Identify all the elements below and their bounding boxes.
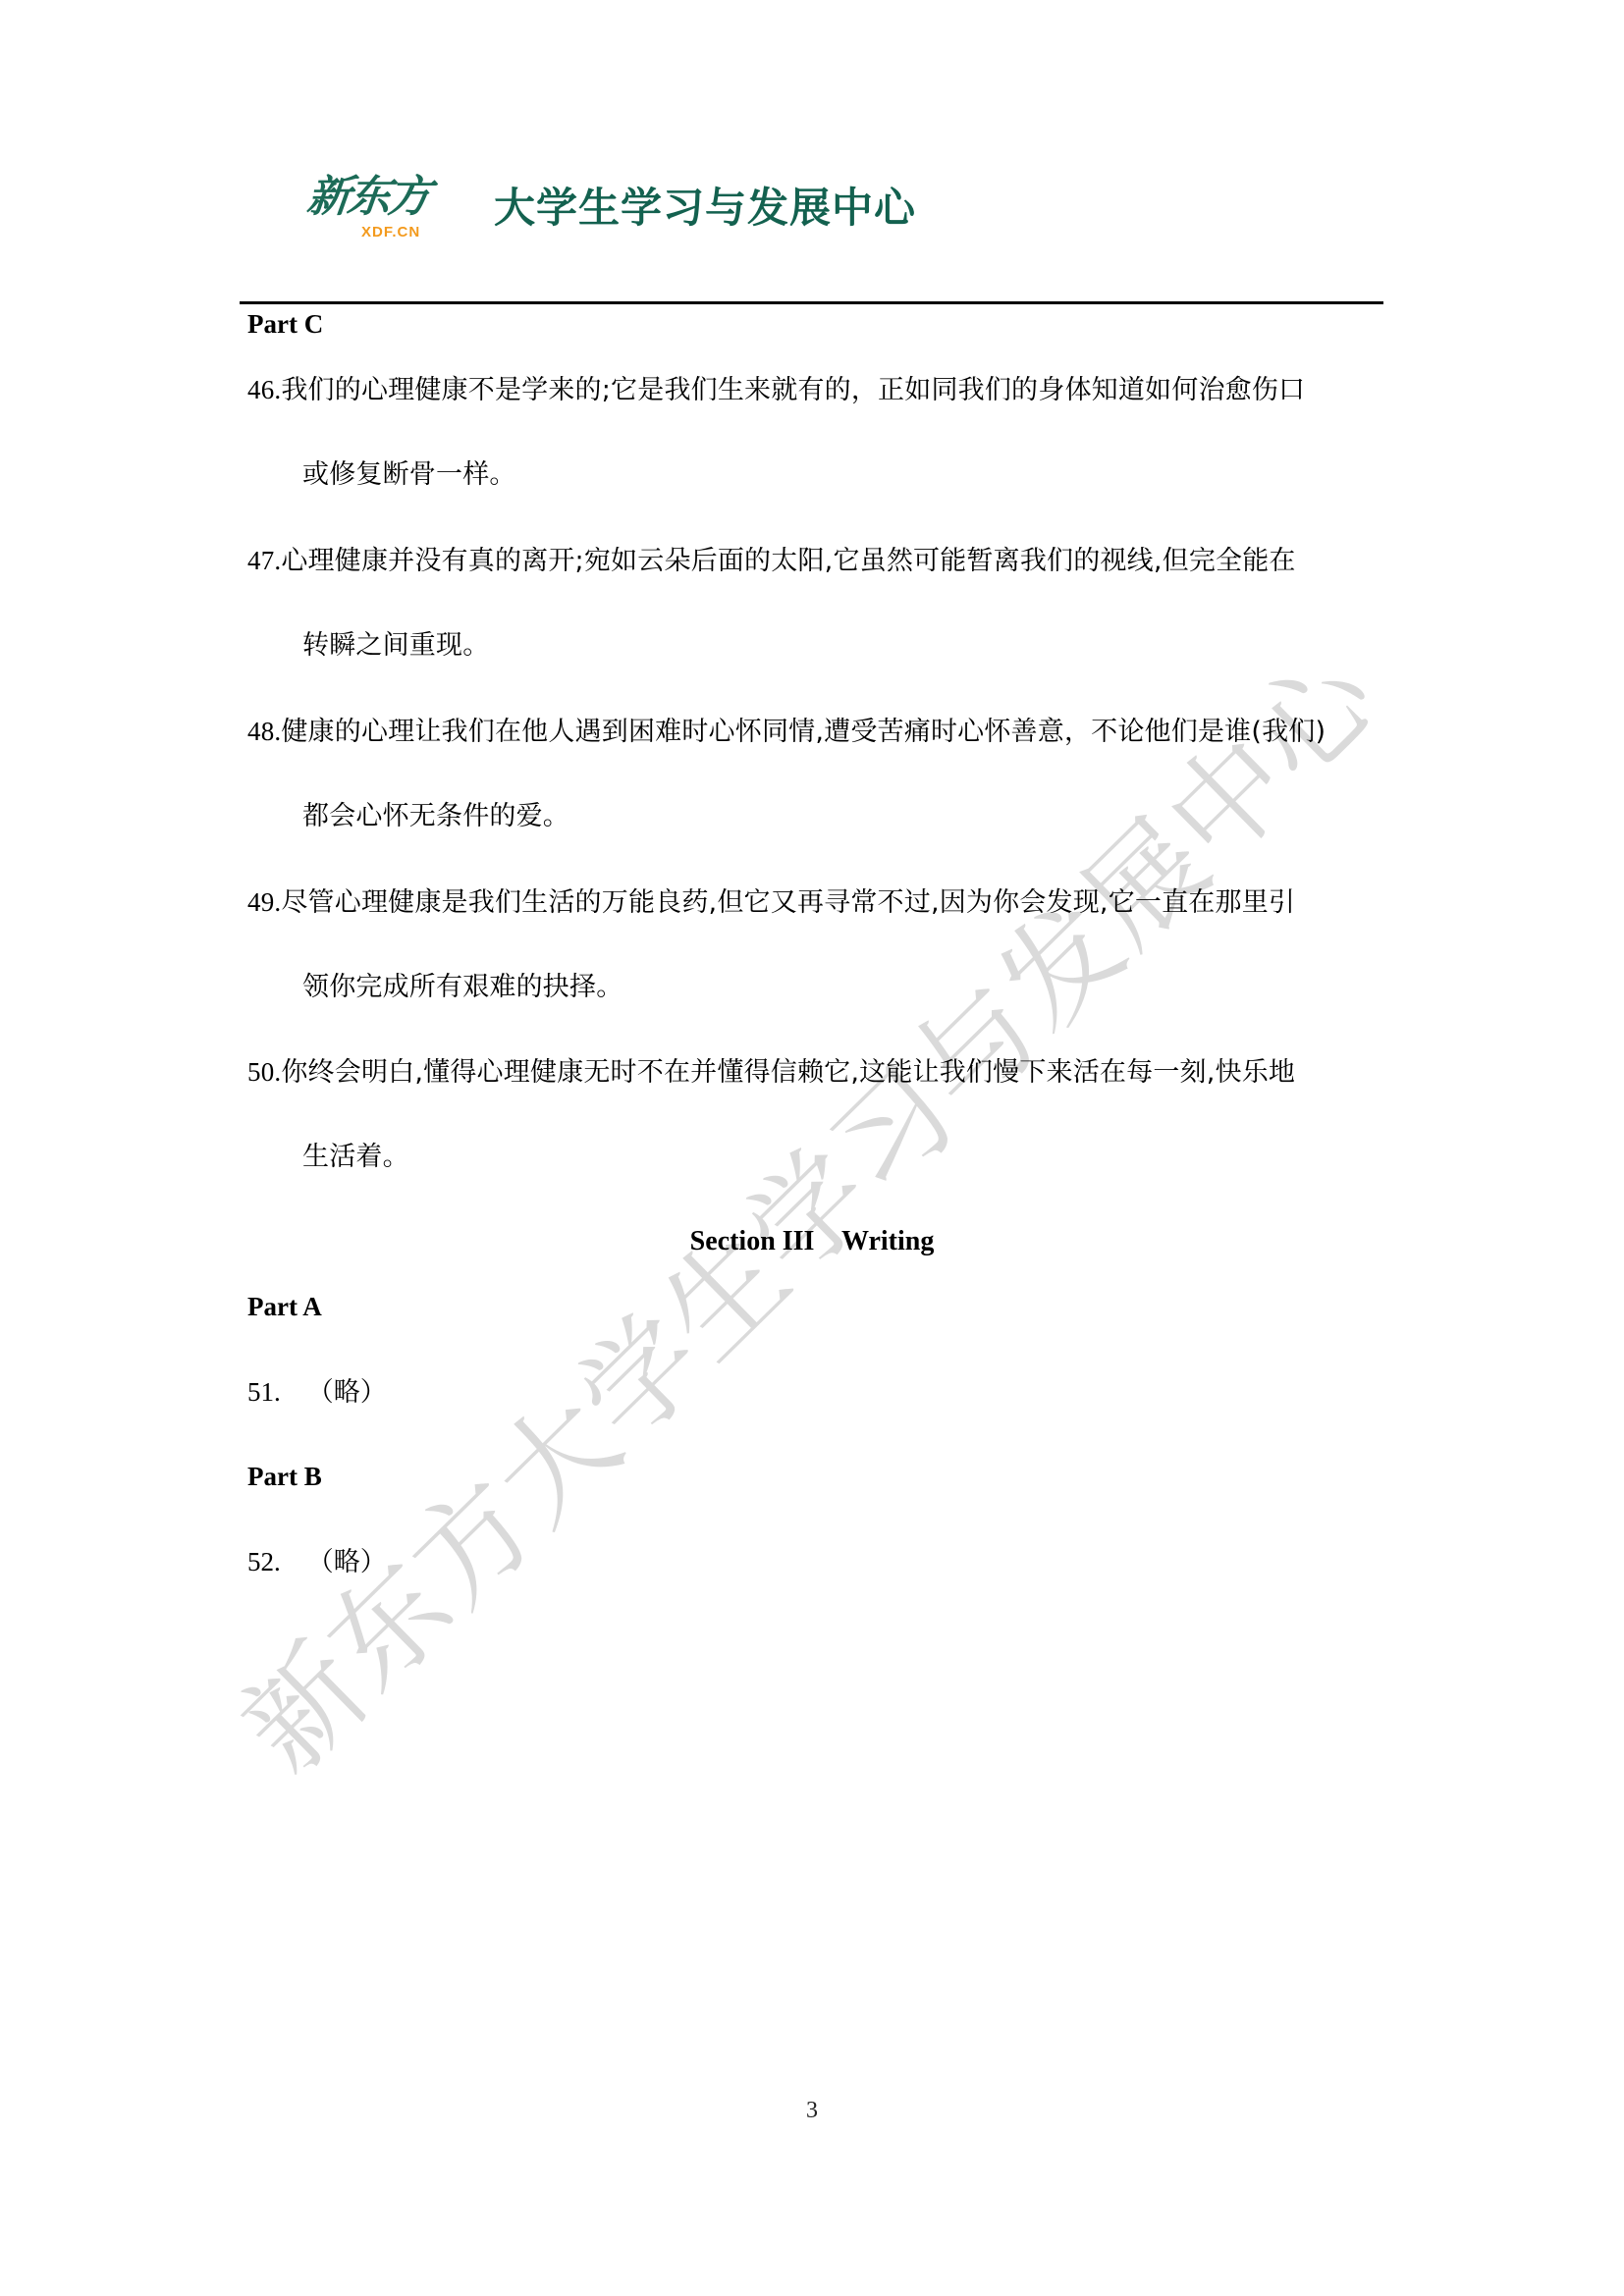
item-47-line1: 47.心理健康并没有真的离开;宛如云朵后面的太阳,它虽然可能暂离我们的视线,但完… bbox=[247, 544, 1296, 578]
item-number: 51. bbox=[247, 1377, 281, 1407]
item-text: 健康的心理让我们在他人遇到困难时心怀同情,遭受苦痛时心怀善意，不论他们是谁(我们… bbox=[281, 717, 1326, 747]
item-46-line2: 或修复断骨一样。 bbox=[302, 458, 516, 492]
logo-domain-text: XDF.CN bbox=[361, 224, 420, 241]
item-49-line2: 领你完成所有艰难的抉择。 bbox=[302, 971, 623, 1004]
item-50-line2: 生活着。 bbox=[302, 1141, 409, 1174]
item-47-line2: 转瞬之间重现。 bbox=[302, 629, 489, 663]
item-number: 52. bbox=[247, 1547, 281, 1576]
item-number: 46. bbox=[247, 375, 281, 404]
item-46-line1: 46.我们的心理健康不是学来的;它是我们生来就有的，正如同我们的身体知道如何治愈… bbox=[247, 373, 1305, 407]
item-text: 心理健康并没有真的离开;宛如云朵后面的太阳,它虽然可能暂离我们的视线,但完全能在 bbox=[281, 546, 1295, 576]
header-divider bbox=[240, 301, 1383, 304]
header-title: 大学生学习与发展中心 bbox=[494, 183, 916, 234]
item-number: 48. bbox=[247, 717, 281, 746]
part-a-heading: Part A bbox=[247, 1291, 322, 1322]
part-c-heading: Part C bbox=[247, 308, 323, 340]
document-page: 新东方大学生学习与发展中心 新东方 XDF.CN 大学生学习与发展中心 Part… bbox=[0, 0, 1624, 2296]
item-49-line1: 49.尽管心理健康是我们生活的万能良药,但它又再寻常不过,因为你会发现,它一直在… bbox=[247, 885, 1295, 920]
page-number: 3 bbox=[0, 2097, 1624, 2124]
item-number: 50. bbox=[247, 1057, 281, 1087]
logo-chinese-text: 新东方 bbox=[304, 173, 430, 222]
item-number: 49. bbox=[247, 887, 281, 917]
item-text: 你终会明白,懂得心理健康无时不在并懂得信赖它,这能让我们慢下来活在每一刻,快乐地 bbox=[281, 1057, 1295, 1088]
item-number: 47. bbox=[247, 546, 281, 575]
xdf-logo: 新东方 XDF.CN bbox=[307, 173, 469, 243]
item-52: 52. （略） bbox=[247, 1545, 387, 1579]
section-iii-title: Section III Writing bbox=[0, 1225, 1624, 1258]
item-text: 我们的心理健康不是学来的;它是我们生来就有的，正如同我们的身体知道如何治愈伤口 bbox=[281, 375, 1305, 405]
item-48-line2: 都会心怀无条件的爱。 bbox=[302, 800, 569, 833]
item-48-line1: 48.健康的心理让我们在他人遇到困难时心怀同情,遭受苦痛时心怀善意，不论他们是谁… bbox=[247, 715, 1326, 749]
answer-omitted: （略） bbox=[307, 1377, 387, 1408]
page-content: 新东方 XDF.CN 大学生学习与发展中心 Part C 46.我们的心理健康不… bbox=[0, 0, 1624, 2296]
item-50-line1: 50.你终会明白,懂得心理健康无时不在并懂得信赖它,这能让我们慢下来活在每一刻,… bbox=[247, 1055, 1295, 1090]
part-b-heading: Part B bbox=[247, 1461, 322, 1492]
item-51: 51. （略） bbox=[247, 1375, 387, 1410]
item-text: 尽管心理健康是我们生活的万能良药,但它又再寻常不过,因为你会发现,它一直在那里引 bbox=[281, 887, 1295, 918]
answer-omitted: （略） bbox=[307, 1547, 387, 1577]
